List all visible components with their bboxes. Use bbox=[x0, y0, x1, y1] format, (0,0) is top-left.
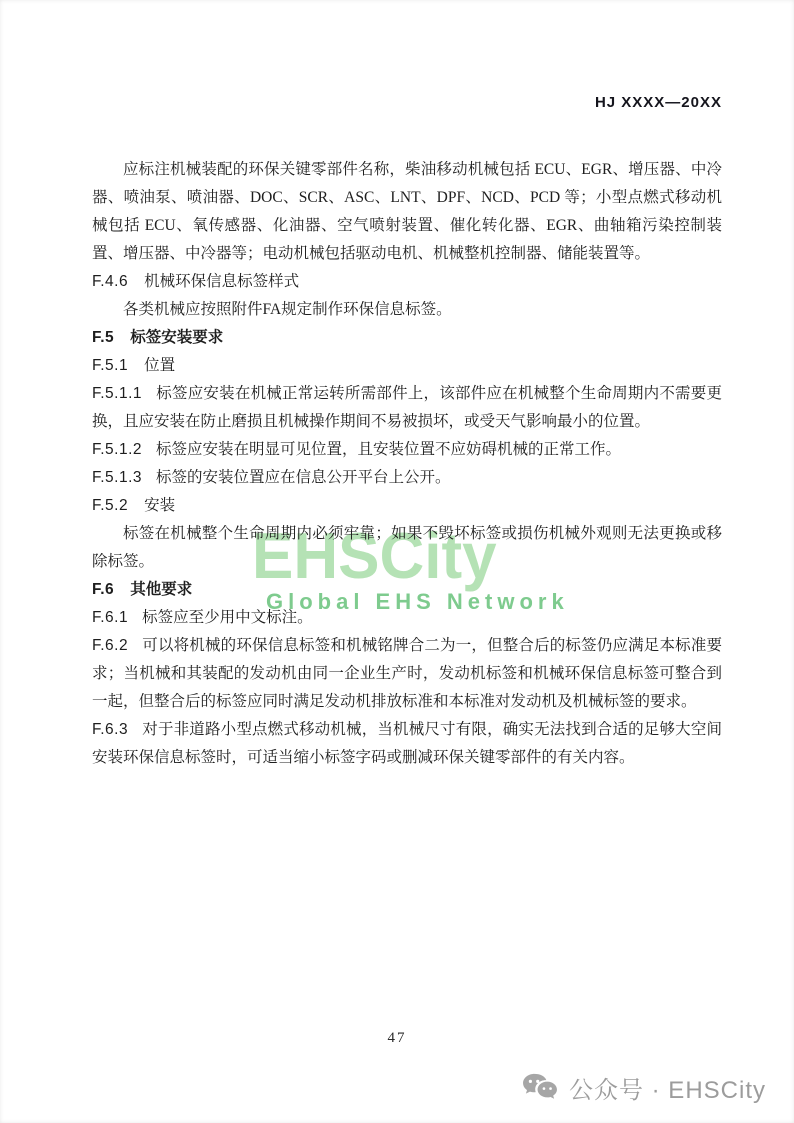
document-page: HJ XXXX—20XX EHSCity Global EHS Network … bbox=[0, 0, 794, 1123]
clause-f5-1-2: F.5.1.2标签应安装在明显可见位置，且安装位置不应妨碍机械的正常工作。 bbox=[92, 436, 722, 464]
clause-number: F.6.2 bbox=[92, 637, 128, 654]
heading-text: 其他要求 bbox=[130, 581, 192, 598]
clause-f6-2: F.6.2可以将机械的环保信息标签和机械铭牌合二为一，但整合后的标签仍应满足本标… bbox=[92, 632, 722, 716]
clause-number: F.6.3 bbox=[92, 721, 128, 738]
wechat-account-badge: 公众号 · EHSCity bbox=[521, 1070, 766, 1105]
clause-text: 标签应安装在机械正常运转所需部件上，该部件应在机械整个生命周期内不需要更换，且应… bbox=[92, 385, 722, 430]
heading-text: 安装 bbox=[144, 497, 175, 514]
paragraph-label-durability: 标签在机械整个生命周期内必须牢靠；如果不毁坏标签或损伤机械外观则无法更换或移除标… bbox=[92, 520, 722, 576]
clause-f6-1: F.6.1标签应至少用中文标注。 bbox=[92, 604, 722, 632]
clause-text: 标签应至少用中文标注。 bbox=[142, 609, 313, 626]
clause-f5-1-1: F.5.1.1标签应安装在机械正常运转所需部件上，该部件应在机械整个生命周期内不… bbox=[92, 380, 722, 436]
paragraph-key-parts: 应标注机械装配的环保关键零部件名称，柴油移动机械包括 ECU、EGR、增压器、中… bbox=[92, 156, 722, 268]
heading-number: F.5.1 bbox=[92, 357, 128, 374]
doc-code-header: HJ XXXX—20XX bbox=[595, 94, 722, 111]
clause-number: F.5.1.2 bbox=[92, 441, 142, 458]
heading-f5-2: F.5.2安装 bbox=[92, 492, 722, 520]
heading-f5: F.5标签安装要求 bbox=[92, 324, 722, 352]
heading-text: 位置 bbox=[144, 357, 175, 374]
clause-text: 对于非道路小型点燃式移动机械，当机械尺寸有限，确实无法找到合适的足够大空间安装环… bbox=[92, 721, 722, 766]
page-number: 47 bbox=[0, 1030, 794, 1047]
clause-number: F.5.1.1 bbox=[92, 385, 142, 402]
clause-f5-1-3: F.5.1.3标签的安装位置应在信息公开平台上公开。 bbox=[92, 464, 722, 492]
heading-f6: F.6其他要求 bbox=[92, 576, 722, 604]
heading-number: F.4.6 bbox=[92, 273, 128, 290]
clause-f6-3: F.6.3对于非道路小型点燃式移动机械，当机械尺寸有限，确实无法找到合适的足够大… bbox=[92, 716, 722, 772]
heading-f4-6: F.4.6机械环保信息标签样式 bbox=[92, 268, 722, 296]
heading-number: F.5 bbox=[92, 329, 114, 346]
document-body: 应标注机械装配的环保关键零部件名称，柴油移动机械包括 ECU、EGR、增压器、中… bbox=[92, 156, 722, 772]
clause-text: 可以将机械的环保信息标签和机械铭牌合二为一，但整合后的标签仍应满足本标准要求；当… bbox=[92, 637, 722, 710]
heading-number: F.5.2 bbox=[92, 497, 128, 514]
heading-number: F.6 bbox=[92, 581, 114, 598]
heading-text: 机械环保信息标签样式 bbox=[144, 273, 299, 290]
clause-text: 标签的安装位置应在信息公开平台上公开。 bbox=[156, 469, 451, 486]
heading-text: 标签安装要求 bbox=[130, 329, 223, 346]
clause-text: 标签应安装在明显可见位置，且安装位置不应妨碍机械的正常工作。 bbox=[156, 441, 621, 458]
paragraph-label-style: 各类机械应按照附件FA规定制作环保信息标签。 bbox=[92, 296, 722, 324]
clause-number: F.6.1 bbox=[92, 609, 128, 626]
wechat-account-label: 公众号 · EHSCity bbox=[569, 1070, 766, 1105]
heading-f5-1: F.5.1位置 bbox=[92, 352, 722, 380]
wechat-icon bbox=[521, 1072, 559, 1104]
clause-number: F.5.1.3 bbox=[92, 469, 142, 486]
